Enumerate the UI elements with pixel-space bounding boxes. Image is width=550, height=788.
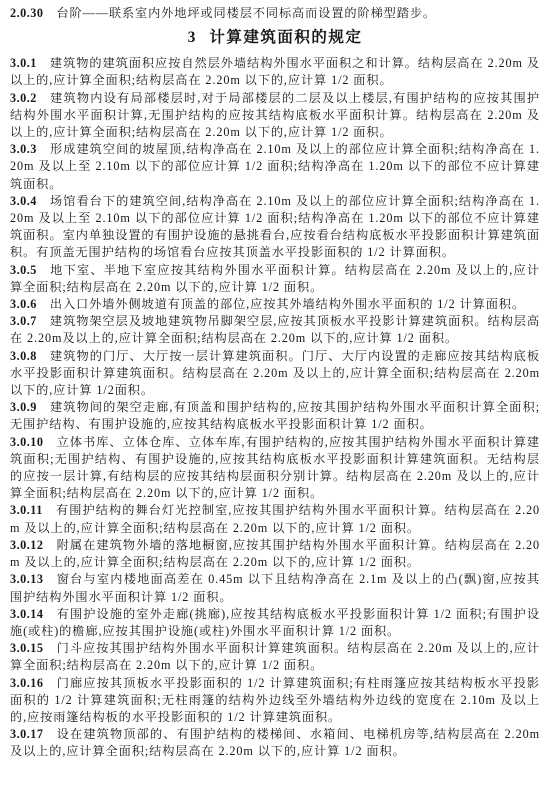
clause-number: 3.0.17 (10, 727, 43, 741)
clause: 3.0.15门斗应按其围护结构外围水平面积计算建筑面积。结构层高在 2.20m … (10, 640, 540, 674)
clause-number: 3.0.16 (10, 676, 43, 690)
clause-number: 3.0.10 (10, 435, 43, 449)
clause-text: 建筑物的建筑面积应按自然层外墙结构外围水平面积之和计算。结构层高在 2.20m … (10, 56, 540, 87)
clause-text: 有围护设施的室外走廊(挑廊),应按其结构底板水平投影面积计算 1/2 面积;有围… (10, 607, 540, 638)
clause: 3.0.12附属在建筑物外墙的落地橱窗,应按其围护结构外围水平面积计算。结构层高… (10, 537, 540, 571)
clause-text: 有围护结构的舞台灯光控制室,应按其围护结构外围水平面积计算。结构层高在 2.20… (10, 503, 540, 534)
clause: 3.0.6出入口外墙外侧坡道有顶盖的部位,应按其外墙结构外围水平面积的 1/2 … (10, 296, 540, 313)
clause-number: 3.0.12 (10, 538, 43, 552)
clause-text: 形成建筑空间的坡屋顶,结构净高在 2.10m 及以上的部位应计算全面积;结构净高… (10, 142, 540, 190)
clause-number: 3.0.1 (10, 56, 37, 70)
clause-text: 场馆看台下的建筑空间,结构净高在 2.10m 及以上的部位应计算全面积;结构净高… (10, 194, 540, 260)
clause-text: 窗台与室内楼地面高差在 0.45m 以下且结构净高在 2.1m 及以上的凸(飘)… (10, 572, 540, 603)
clause-number: 3.0.8 (10, 349, 37, 363)
clause-number: 3.0.6 (10, 297, 37, 311)
clause-text: 出入口外墙外侧坡道有顶盖的部位,应按其外墙结构外围水平面积的 1/2 计算面积。 (50, 297, 525, 311)
clause: 3.0.16门廊应按其顶板水平投影面积的 1/2 计算建筑面积;有柱雨篷应按其结… (10, 675, 540, 727)
clause-text: 门廊应按其顶板水平投影面积的 1/2 计算建筑面积;有柱雨篷应按其结构板水平投影… (10, 676, 540, 724)
clause: 3.0.9建筑物间的架空走廊,有顶盖和围护结构的,应按其围护结构外围水平面积计算… (10, 399, 540, 433)
section-number: 3 (188, 29, 196, 46)
clause-list: 3.0.1建筑物的建筑面积应按自然层外墙结构外围水平面积之和计算。结构层高在 2… (10, 55, 540, 760)
clause-text: 附属在建筑物外墙的落地橱窗,应按其围护结构外围水平面积计算。结构层高在 2.20… (10, 538, 540, 569)
clause: 3.0.11有围护结构的舞台灯光控制室,应按其围护结构外围水平面积计算。结构层高… (10, 502, 540, 536)
clause: 3.0.1建筑物的建筑面积应按自然层外墙结构外围水平面积之和计算。结构层高在 2… (10, 55, 540, 89)
clause-text: 建筑物的门厅、大厅按一层计算建筑面积。门厅、大厅内设置的走廊应按其结构底板水平投… (10, 349, 540, 397)
clause-number: 3.0.9 (10, 400, 37, 414)
clause-number: 3.0.11 (10, 503, 43, 517)
clause-number: 3.0.14 (10, 607, 43, 621)
clause-text: 建筑物架空层及坡地建筑物吊脚架空层,应按其顶板水平投影计算建筑面积。结构层高在 … (10, 314, 540, 345)
clause: 3.0.17设在建筑物顶部的、有围护结构的楼梯间、水箱间、电梯机房等,结构层高在… (10, 726, 540, 760)
clause-text: 建筑物内设有局部楼层时,对于局部楼层的二层及以上楼层,有围护结构的应按其围护结构… (10, 91, 540, 139)
clause-text: 门斗应按其围护结构外围水平面积计算建筑面积。结构层高在 2.20m 及以上的,应… (10, 641, 540, 672)
clause-number: 3.0.2 (10, 91, 37, 105)
clause-number: 2.0.30 (10, 6, 43, 20)
clause-number: 3.0.7 (10, 314, 37, 328)
clause-number: 3.0.15 (10, 641, 43, 655)
section-title: 计算建筑面积的规定 (209, 29, 362, 46)
clause-number: 3.0.3 (10, 142, 37, 156)
clause-text: 设在建筑物顶部的、有围护结构的楼梯间、水箱间、电梯机房等,结构层高在 2.20m… (10, 727, 540, 758)
clause-text: 地下室、半地下室应按其结构外围水平面积计算。结构层高在 2.20m 及以上的,应… (10, 263, 540, 294)
clause: 3.0.10立体书库、立体仓库、立体车库,有围护结构的,应按其围护结构外围水平面… (10, 434, 540, 503)
clause-text: 建筑物间的架空走廊,有顶盖和围护结构的,应按其围护结构外围水平面积计算全面积;无… (10, 400, 540, 431)
prior-section-clause: 2.0.30台阶——联系室内外地坪或同楼层不同标高而设置的阶梯型踏步。 (10, 5, 540, 22)
clause-text: 台阶——联系室内外地坪或同楼层不同标高而设置的阶梯型踏步。 (56, 6, 436, 20)
clause-number: 3.0.13 (10, 572, 43, 586)
clause: 3.0.13窗台与室内楼地面高差在 0.45m 以下且结构净高在 2.1m 及以… (10, 571, 540, 605)
clause: 3.0.14有围护设施的室外走廊(挑廊),应按其结构底板水平投影面积计算 1/2… (10, 606, 540, 640)
clause: 3.0.3形成建筑空间的坡屋顶,结构净高在 2.10m 及以上的部位应计算全面积… (10, 141, 540, 193)
section-heading: 3计算建筑面积的规定 (10, 28, 540, 48)
clause-number: 3.0.4 (10, 194, 37, 208)
clause: 3.0.5地下室、半地下室应按其结构外围水平面积计算。结构层高在 2.20m 及… (10, 262, 540, 296)
clause-text: 立体书库、立体仓库、立体车库,有围护结构的,应按其围护结构外围水平面积计算建筑面… (10, 435, 540, 501)
clause: 3.0.2建筑物内设有局部楼层时,对于局部楼层的二层及以上楼层,有围护结构的应按… (10, 90, 540, 142)
clause-number: 3.0.5 (10, 263, 37, 277)
clause: 3.0.7建筑物架空层及坡地建筑物吊脚架空层,应按其顶板水平投影计算建筑面积。结… (10, 313, 540, 347)
clause: 3.0.8建筑物的门厅、大厅按一层计算建筑面积。门厅、大厅内设置的走廊应按其结构… (10, 348, 540, 400)
clause: 3.0.4场馆看台下的建筑空间,结构净高在 2.10m 及以上的部位应计算全面积… (10, 193, 540, 262)
document-page: 2.0.30台阶——联系室内外地坪或同楼层不同标高而设置的阶梯型踏步。 3计算建… (0, 0, 550, 788)
